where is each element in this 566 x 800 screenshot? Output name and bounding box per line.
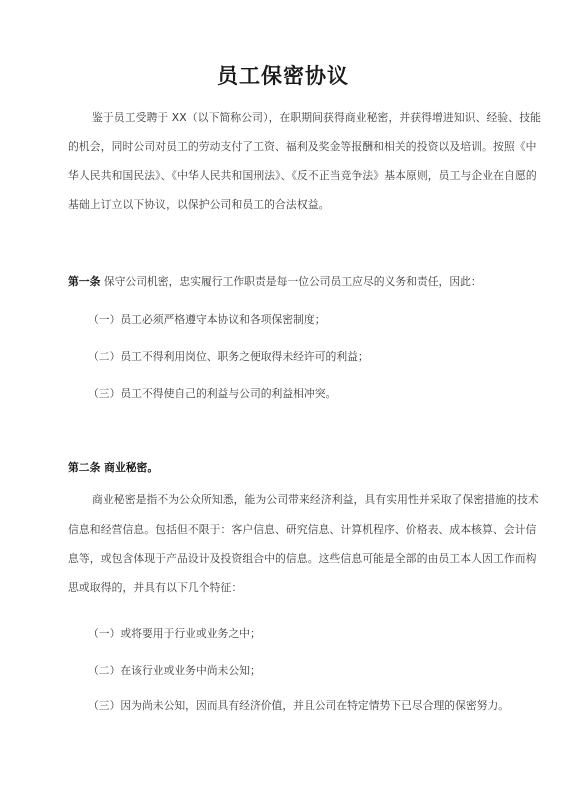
article1-item: （三）员工不得使自己的利益与公司的利益相冲突。: [88, 386, 336, 401]
document-page: 员工保密协议 鉴于员工受聘于 XX（以下简称公司），在职期间获得商业秘密，并获得…: [0, 0, 566, 800]
article2-label: 第二条: [68, 461, 100, 474]
article2-text: 商业秘密。: [100, 461, 158, 474]
article2-para-line: 信息和经营信息。包括但不限于：客户信息、研究信息、计算机程序、价格表、成本核算、…: [68, 522, 508, 537]
article2-item: （一）或将要用于行业或业务之中；: [88, 626, 261, 641]
article1-heading: 第一条 保守公司机密，忠实履行工作职责是每一位公司员工应尽的义务和责任，因此：: [68, 274, 482, 289]
intro-line: 基础上订立以下协议，以保护公司和员工的合法权益。: [68, 197, 508, 212]
article2-item: （二）在该行业或业务中尚未公知；: [88, 663, 261, 678]
article1-text: 保守公司机密，忠实履行工作职责是每一位公司员工应尽的义务和责任，因此：: [100, 275, 481, 288]
article1-item: （二）员工不得利用岗位、职务之便取得未经许可的利益；: [88, 349, 369, 364]
intro-line: 鉴于员工受聘于 XX（以下简称公司），在职期间获得商业秘密，并获得增进知识、经验…: [92, 110, 532, 125]
article2-item: （三）因为尚未公知，因而具有经济价值，并且公司在特定情势下已尽合理的保密努力。: [88, 698, 509, 713]
article1-item: （一）员工必须严格遵守本协议和各项保密制度；: [88, 312, 326, 327]
intro-line: 华人民共和国民法》、《中华人民共和国刑法》、《反不正当竞争法》基本原则，员工与企…: [68, 168, 508, 183]
article2-heading: 第二条 商业秘密。: [68, 460, 158, 475]
intro-line: 的机会，同时公司对员工的劳动支付了工资、福利及奖金等报酬和相关的投资以及培训。按…: [68, 139, 508, 154]
article1-label: 第一条: [68, 275, 100, 288]
article2-para-line: 思或取得的，并具有以下几个特征：: [68, 580, 508, 595]
document-title: 员工保密协议: [0, 60, 566, 90]
article2-para-line: 息等，或包含体现于产品设计及投资组合中的信息。这些信息可能是全部的由员工本人因工…: [68, 551, 508, 566]
article2-para-line: 商业秘密是指不为公众所知悉，能为公司带来经济利益，具有实用性并采取了保密措施的技…: [92, 492, 532, 507]
